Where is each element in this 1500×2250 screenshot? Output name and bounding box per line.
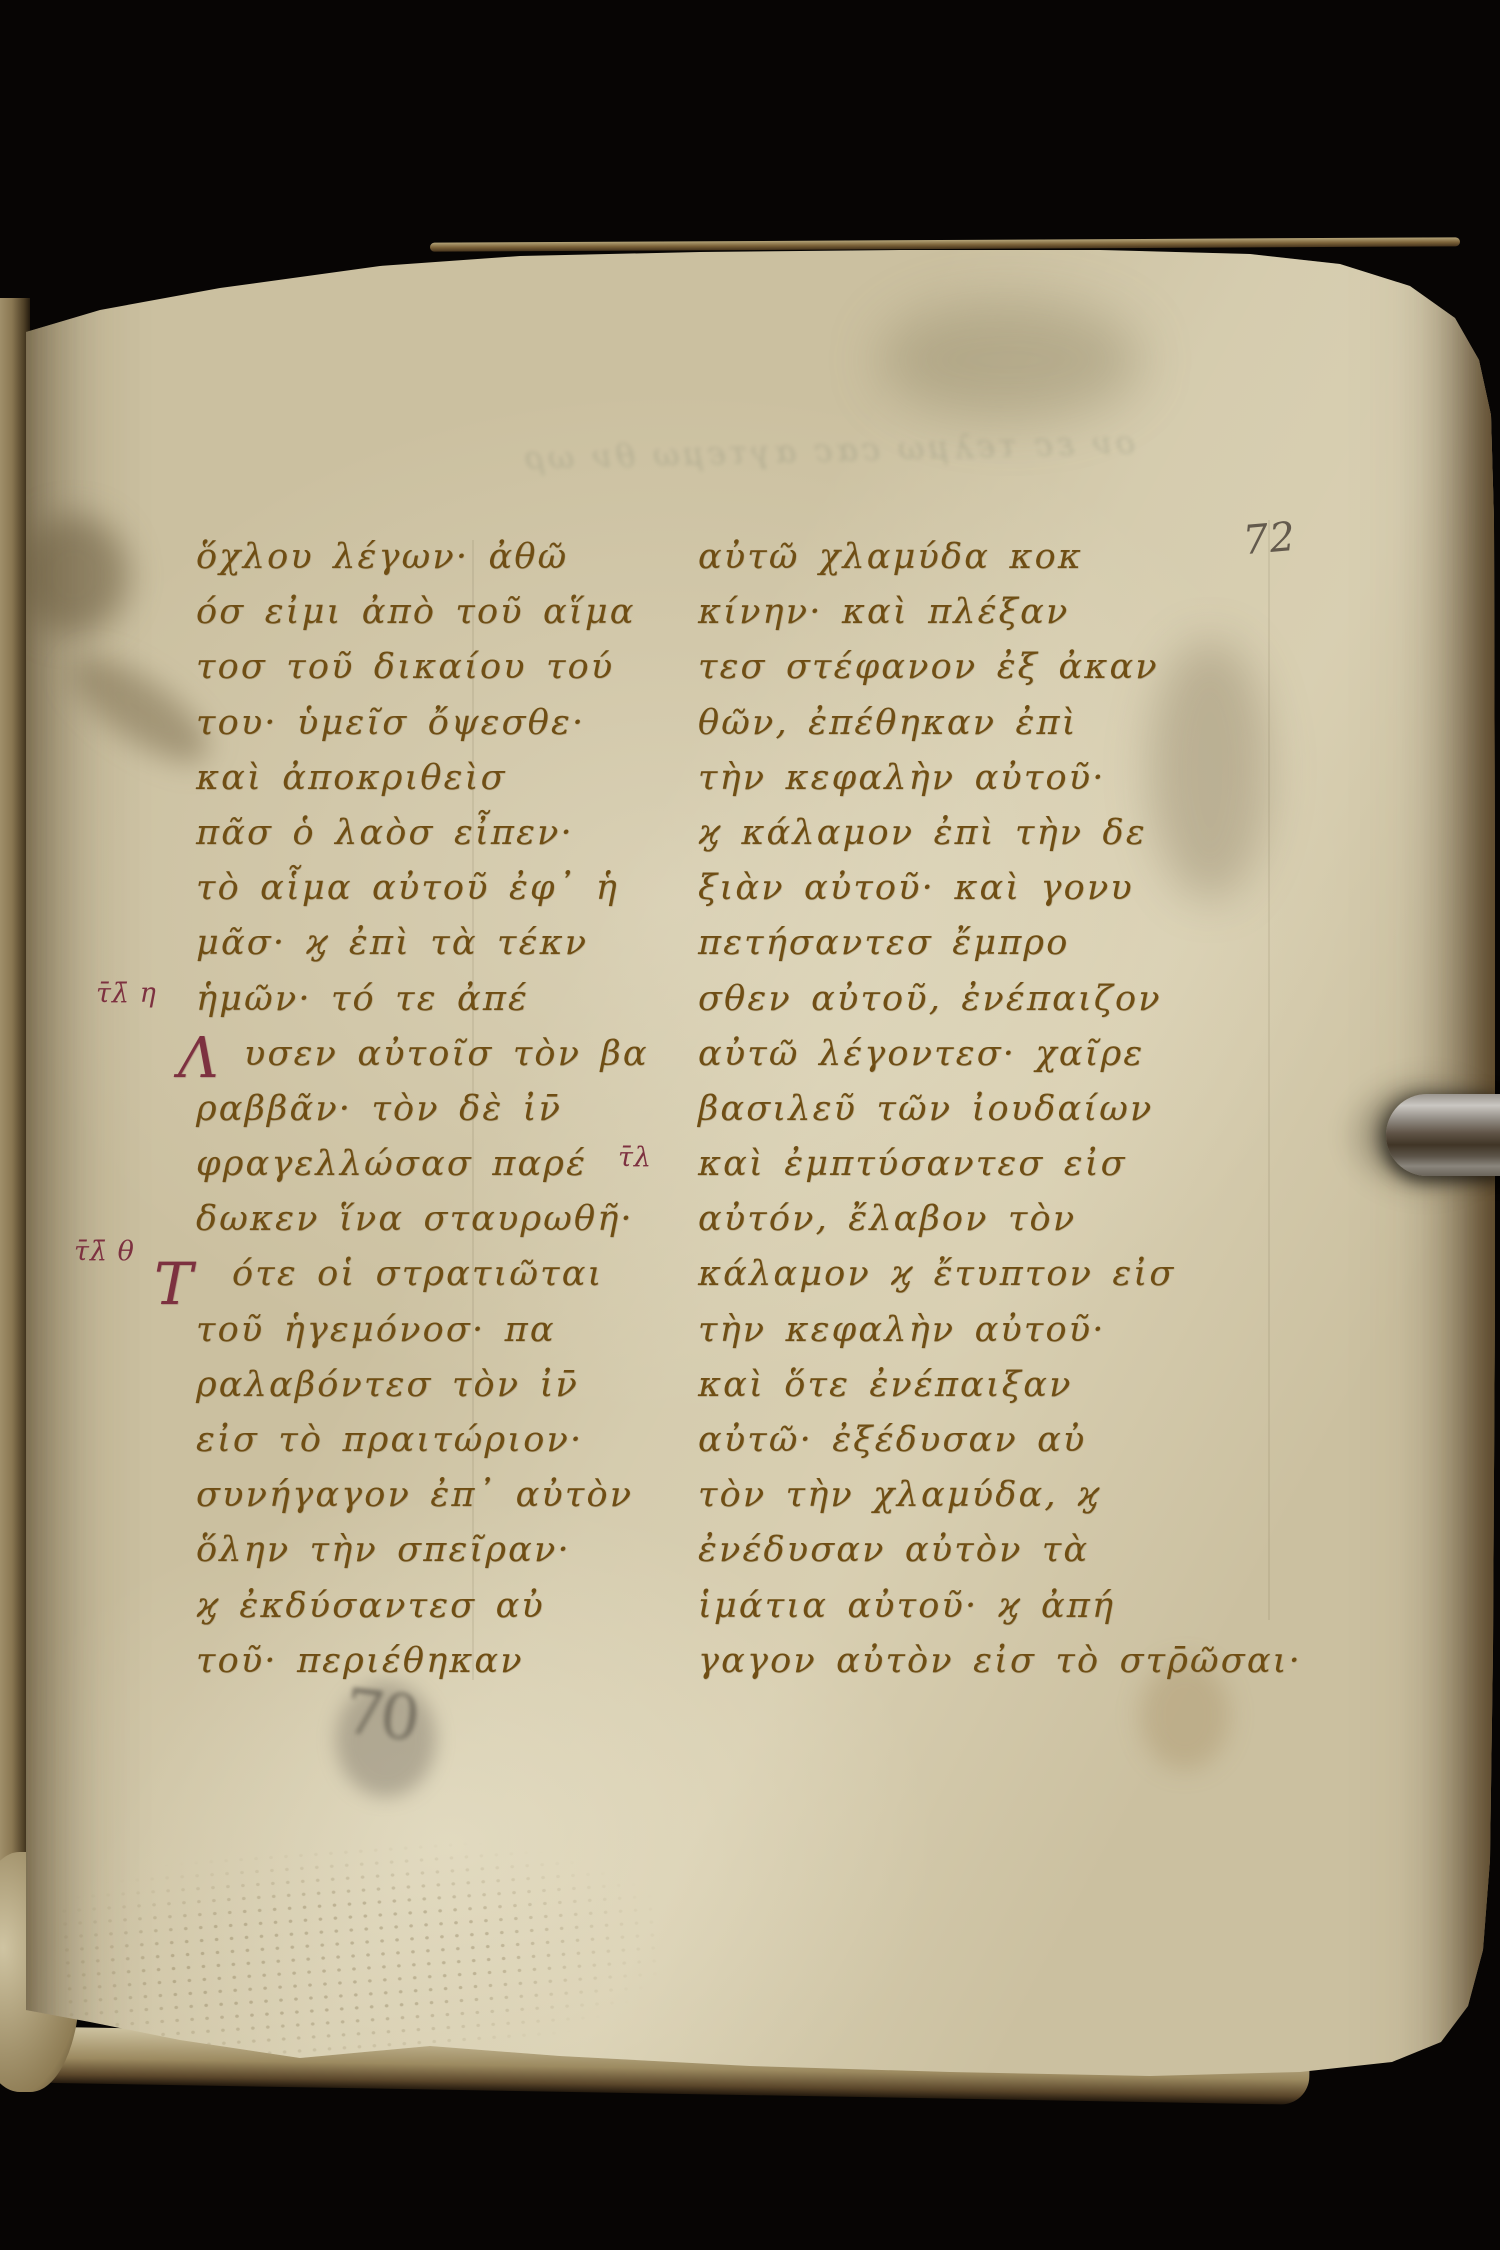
text-line: τὴν κεφαλὴν αὐτοῦ· <box>698 751 1263 806</box>
text-line: αὐτῶ χλαμύδα κοκ <box>698 530 1263 585</box>
show-through-text: ον εϲ τϵλμω ϲαϲ αγτϵμω θν ωρ <box>455 423 1136 479</box>
text-line: ξιὰν αὐτοῦ· καὶ γονυ <box>698 861 1263 916</box>
text-line: βασιλεῦ τῶν ἰουδαίων <box>698 1082 1263 1137</box>
text-line: μᾶσ· ϗ ἐπὶ τὰ τέκν <box>196 916 676 971</box>
stain <box>18 515 128 635</box>
text-line: του· ὑμεῖσ ὄψεσθε· <box>196 696 676 751</box>
pencil-folio-number: 70 <box>341 1674 420 1755</box>
text-line: όσ εἰμι ἀπὸ τοῦ αἵμα <box>196 585 676 640</box>
text-line: αὐτόν, ἔλαβον τὸν <box>698 1192 1263 1247</box>
text-line: τοῦ· περιέθηκαν <box>196 1634 676 1689</box>
text-line: ἐνέδυσαν αὐτὸν τὰ <box>698 1523 1263 1578</box>
text-line: ἱμάτια αὐτοῦ· ϗ ἀπή <box>698 1579 1263 1634</box>
text-line: θῶν, ἐπέθηκαν ἐπὶ <box>698 696 1263 751</box>
margin-lection-note: τ̄λ̄ θ <box>74 1236 135 1267</box>
text-line: δωκεν ἵνα σταυρωθῆ· <box>196 1192 676 1247</box>
text-line: τοῦ ἡγεμόνοσ· πα <box>196 1303 676 1358</box>
rubric-initial-tau: Τ <box>154 1250 193 1318</box>
text-line: ραλαβόντεσ τὸν ἰν̄ <box>196 1358 676 1413</box>
text-line: κίνην· καὶ πλέξαν <box>698 585 1263 640</box>
text-line: τεσ στέφανον ἐξ ἀκαν <box>698 640 1263 695</box>
text-column-left: ὅχλου λέγων· ἀθῶόσ εἰμι ἀπὸ τοῦ αἵματοσ … <box>196 530 676 1689</box>
manuscript-page: ον εϲ τϵλμω ϲαϲ αγτϵμω θν ωρ ὅχλου λέγων… <box>0 0 1500 2250</box>
text-column-right: αὐτῶ χλαμύδα κοκκίνην· καὶ πλέξαντεσ στέ… <box>698 530 1263 1689</box>
gutter-leaf-edge <box>0 298 30 2014</box>
margin-lection-note: τ̄λ̄ η <box>96 978 157 1009</box>
text-line: τὸν τὴν χλαμύδα, ϗ <box>698 1468 1263 1523</box>
text-line: αὐτῶ· ἐξέδυσαν αὐ <box>698 1413 1263 1468</box>
text-line: γαγον αὐτὸν εἰσ τὸ στρ̄ῶσαι· <box>698 1634 1263 1689</box>
text-line: υσεν αὐτοῖσ τὸν βα <box>196 1027 676 1082</box>
text-line: καὶ ὅτε ἐνέπαιξαν <box>698 1358 1263 1413</box>
text-line: καὶ ἀποκριθεὶσ <box>196 751 676 806</box>
gutter-lection-note: τ̄λ <box>618 1142 652 1173</box>
text-line: τὴν κεφαλὴν αὐτοῦ· <box>698 1303 1263 1358</box>
glass-page-weight <box>1386 1094 1500 1176</box>
text-line: τὸ αἷμα αὐτοῦ ἐφ᾽ ἡ <box>196 861 676 916</box>
text-line: ότε οἱ στρατιῶται <box>196 1247 676 1302</box>
text-line: ἡμῶν· τό τε ἀπέ <box>196 972 676 1027</box>
text-line: ϗ κάλαμον ἐπὶ τὴν δε <box>698 806 1263 861</box>
rubric-initial-lambda: Λ <box>178 1026 218 1091</box>
text-line: συνήγαγον ἐπ᾽ αὐτὸν <box>196 1468 676 1523</box>
text-line: κάλαμον ϗ ἔτυπτον εἰσ <box>698 1247 1263 1302</box>
text-line: εἰσ τὸ πραιτώριον· <box>196 1413 676 1468</box>
text-line: αὐτῶ λέγοντεσ· χαῖρε <box>698 1027 1263 1082</box>
text-line: ϗ ἐκδύσαντεσ αὐ <box>196 1579 676 1634</box>
text-line: σθεν αὐτοῦ, ἐνέπαιζον <box>698 972 1263 1027</box>
text-line: καὶ ἐμπτύσαντεσ εἰσ <box>698 1137 1263 1192</box>
photo-background: ον εϲ τϵλμω ϲαϲ αγτϵμω θν ωρ ὅχλου λέγων… <box>0 0 1500 2250</box>
text-line: ραββᾶν· τὸν δὲ ἰν̄ <box>196 1082 676 1137</box>
text-line: τοσ τοῦ δικαίου τού <box>196 640 676 695</box>
stain <box>880 300 1140 420</box>
text-line: πᾶσ ὁ λαὸσ εἶπεν· <box>196 806 676 861</box>
folio-number: 72 <box>1241 514 1298 564</box>
parchment-crease <box>1268 520 1270 1620</box>
text-line: ὅλην τὴν σπεῖραν· <box>196 1523 676 1578</box>
text-line: φραγελλώσασ παρέ <box>196 1137 676 1192</box>
underlying-leaf-edge-top <box>430 237 1460 251</box>
text-line: ὅχλου λέγων· ἀθῶ <box>196 530 676 585</box>
text-line: πετήσαντεσ ἔμπρο <box>698 916 1263 971</box>
